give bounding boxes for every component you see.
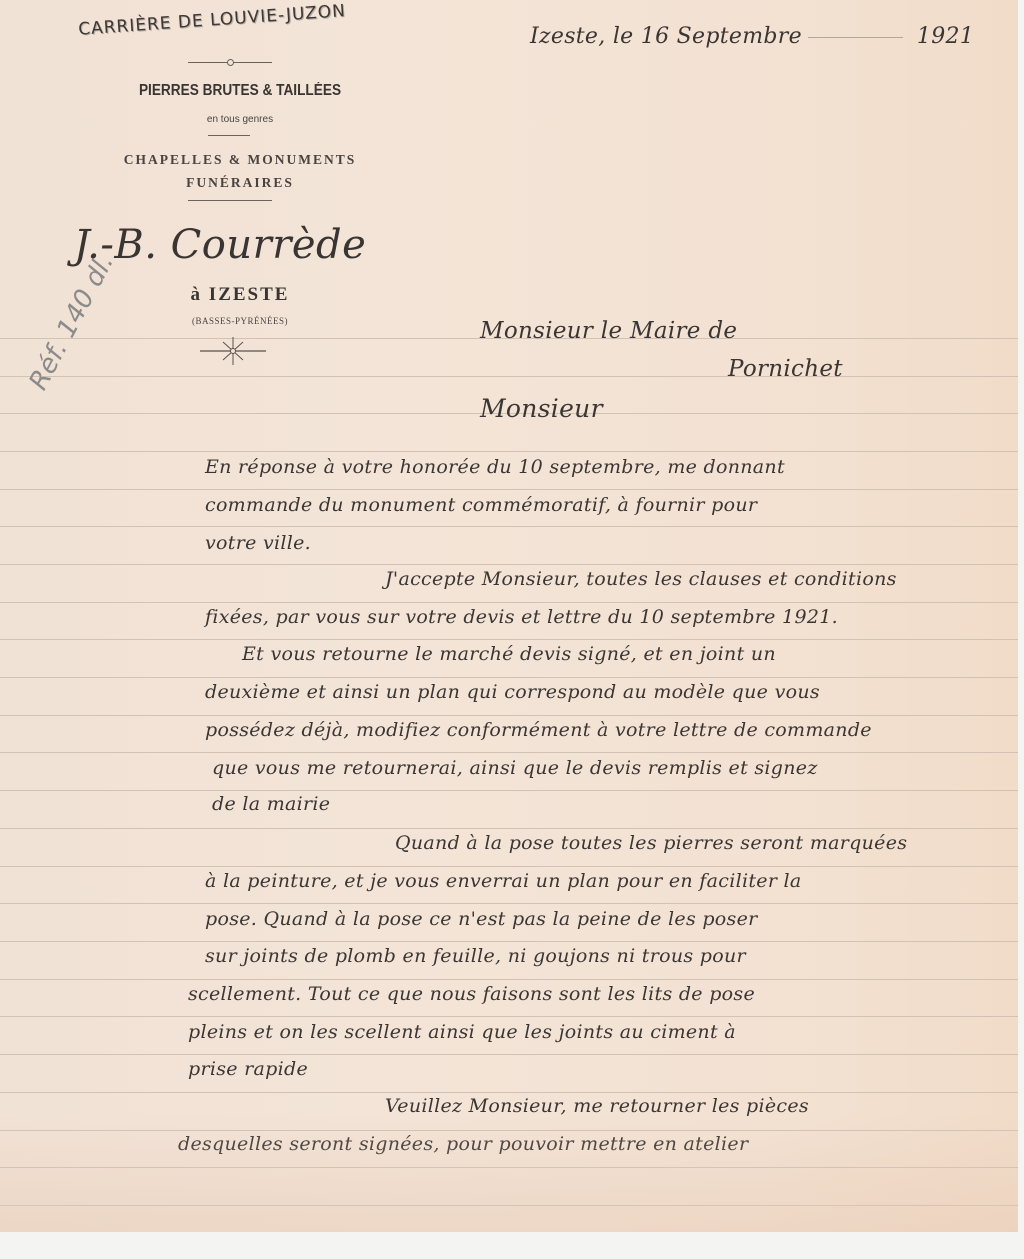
salutation: Monsieur [480,394,603,423]
body-line: fixées, par vous sur votre devis et lett… [205,606,838,628]
letterhead-place: à IZESTE [140,284,340,306]
body-line: possédez déjà, modifiez conformément à v… [205,719,872,741]
date-place-day: Izeste, le 16 Septembre [530,24,802,49]
date-line: Izeste, le 16 Septembre1921 [530,24,974,49]
addressee-line-2: Pornichet [728,356,843,382]
letterhead-subtitle: en tous genres [140,114,340,125]
star-ornament-icon [198,336,268,366]
body-line: Quand à la pose toutes les pierres seron… [395,832,907,854]
date-year: 1921 [917,24,974,49]
ruled-line [0,564,1018,565]
ruled-line [0,526,1018,527]
letter-paper: CARRIÈRE DE LOUVIE-JUZON PIERRES BRUTES … [0,0,1018,1232]
body-line: de la mairie [212,793,330,815]
addressee-line-1: Monsieur le Maire de [480,318,737,344]
body-line: Veuillez Monsieur, me retourner les pièc… [385,1095,809,1117]
ruled-line [0,1167,1018,1168]
ruled-line [0,639,1018,640]
ruled-line [0,1130,1018,1131]
letterhead-products: PIERRES BRUTES & TAILLÉES [108,82,372,100]
ruled-line [0,1092,1018,1093]
letterhead-services: CHAPELLES & MONUMENTS [70,152,410,168]
letterhead-region: (BASSES-PYRÉNÉES) [140,316,340,326]
body-line: J'accepte Monsieur, toutes les clauses e… [385,568,897,590]
separator-small [208,135,250,136]
ruled-line [0,1054,1018,1055]
ruled-line [0,376,1018,377]
pencil-annotation: Réf. 140 dl. [24,249,121,395]
body-line: scellement. Tout ce que nous faisons son… [188,983,755,1005]
company-name: CARRIÈRE DE LOUVIE-JUZON [78,0,359,39]
body-line: à la peinture, et je vous enverrai un pl… [205,870,802,892]
letterhead-services-2: FUNÉRAIRES [140,175,340,191]
body-line: prise rapide [188,1058,308,1080]
separator-ornament [188,62,272,63]
body-line: pose. Quand à la pose ce n'est pas la pe… [205,908,758,930]
ruled-line [0,790,1018,791]
ruled-line [0,451,1018,452]
ruled-line [0,677,1018,678]
ruled-line [0,489,1018,490]
ruled-line [0,715,1018,716]
ruled-line [0,828,1018,829]
body-line: votre ville. [205,532,311,554]
ruled-line [0,866,1018,867]
body-line: pleins et on les scellent ainsi que les … [188,1021,736,1043]
body-line: En réponse à votre honorée du 10 septemb… [205,456,785,478]
body-line: sur joints de plomb en feuille, ni goujo… [205,945,746,967]
body-line: commande du monument commémoratif, à fou… [205,494,757,516]
dotted-rule [808,37,903,38]
ruled-line [0,903,1018,904]
ruled-line [0,1016,1018,1017]
body-line: desquelles seront signées, pour pouvoir … [178,1133,748,1155]
body-line: Et vous retourne le marché devis signé, … [242,643,776,665]
separator-ornament-2 [188,200,272,201]
ruled-line [0,979,1018,980]
ruled-line [0,752,1018,753]
ruled-line [0,941,1018,942]
ruled-line [0,602,1018,603]
body-line: deuxième et ainsi un plan qui correspond… [205,681,820,703]
ruled-line [0,1205,1018,1206]
body-line: que vous me retournerai, ainsi que le de… [212,757,818,779]
